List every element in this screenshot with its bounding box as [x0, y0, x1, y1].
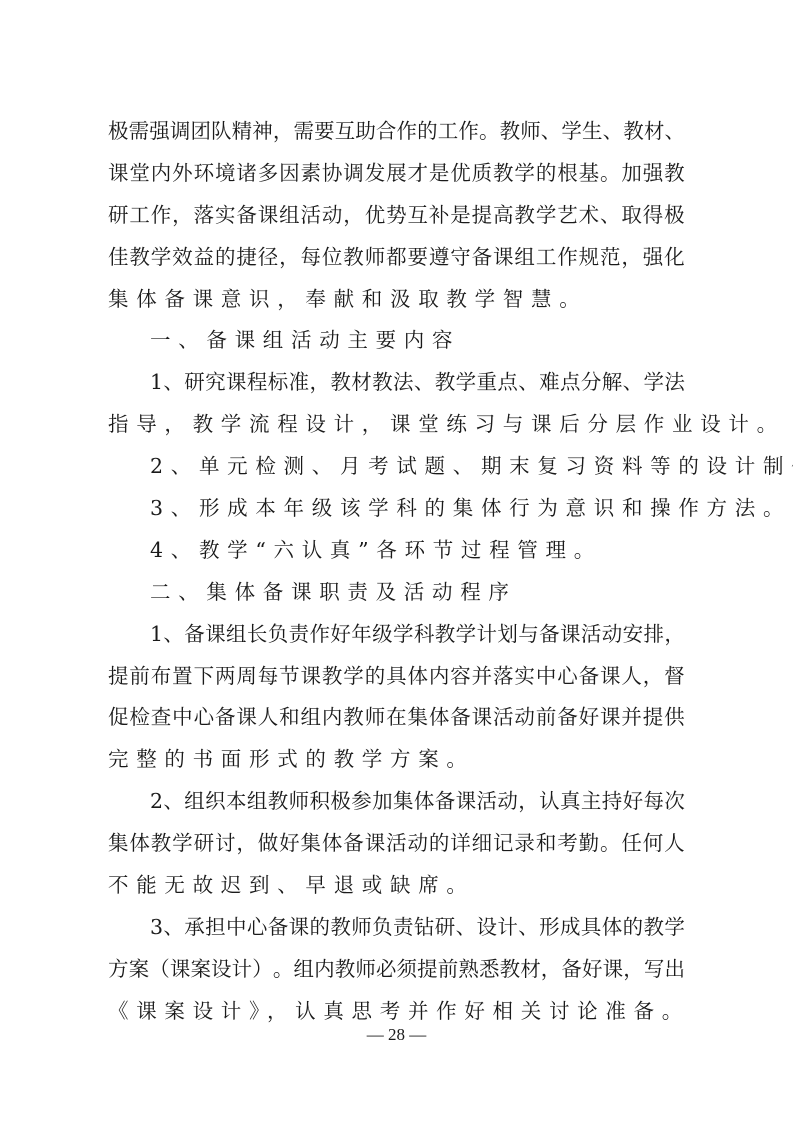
glyph: 长	[247, 614, 268, 656]
glyph: 研	[194, 823, 215, 865]
glyph: 究	[205, 362, 226, 404]
glyph: 、	[163, 781, 184, 823]
glyph: 教	[664, 153, 685, 195]
glyph: 在	[386, 697, 407, 739]
glyph: 活	[581, 614, 602, 656]
glyph: 动	[514, 697, 535, 739]
glyph: 作	[151, 195, 172, 237]
glyph: 质	[472, 153, 493, 195]
glyph: 、	[163, 614, 184, 656]
glyph: 效	[172, 237, 193, 279]
glyph: 组	[279, 195, 300, 237]
glyph: 教	[129, 237, 150, 279]
glyph: 动	[322, 195, 343, 237]
glyph: 勤	[579, 823, 600, 865]
glyph: 细	[472, 823, 493, 865]
glyph: 备	[184, 614, 205, 656]
glyph: 作	[397, 111, 418, 153]
glyph: 工	[536, 237, 557, 279]
glyph: 课	[301, 656, 322, 698]
glyph: 是	[450, 195, 471, 237]
glyph: 、	[163, 362, 184, 404]
glyph: 并	[621, 697, 642, 739]
glyph: 容	[450, 656, 471, 698]
glyph: 提	[643, 697, 664, 739]
glyph: 方	[108, 949, 129, 991]
glyph: 是	[429, 153, 450, 195]
glyph: 组	[293, 949, 314, 991]
glyph: 材	[644, 111, 665, 153]
glyph: 程	[247, 362, 268, 404]
glyph: 前	[129, 656, 150, 698]
glyph: 形	[539, 907, 560, 949]
glyph: 本	[226, 781, 247, 823]
glyph: 。	[273, 949, 294, 991]
page-number: — 28 —	[0, 1023, 793, 1047]
glyph: 教	[514, 195, 535, 237]
glyph: 团	[190, 111, 211, 153]
glyph: 中	[536, 656, 557, 698]
glyph: 极	[330, 781, 351, 823]
glyph: 责	[289, 614, 310, 656]
glyph: 教	[435, 362, 456, 404]
glyph: 研	[108, 195, 129, 237]
glyph: 参	[351, 781, 372, 823]
glyph: 根	[557, 153, 578, 195]
glyph: 多	[258, 153, 279, 195]
glyph: 、	[163, 907, 184, 949]
glyph: 人	[258, 697, 279, 739]
glyph: 心	[557, 656, 578, 698]
glyph: 备	[236, 195, 257, 237]
glyph: 互	[335, 111, 356, 153]
glyph: 互	[407, 195, 428, 237]
glyph: 法	[393, 362, 414, 404]
glyph: 教	[335, 949, 356, 991]
glyph: ，	[279, 237, 300, 279]
glyph: 需	[293, 111, 314, 153]
glyph: 学	[456, 362, 477, 404]
glyph: 艺	[557, 195, 578, 237]
glyph: 心	[247, 907, 268, 949]
glyph: 课	[603, 949, 624, 991]
glyph: 学	[151, 237, 172, 279]
glyph: 落	[493, 656, 514, 698]
glyph: 教	[623, 111, 644, 153]
glyph: 师	[365, 237, 386, 279]
glyph: 何	[643, 823, 664, 865]
glyph: 好	[279, 823, 300, 865]
list-item-line: 完整的书面形式的教学方案。	[108, 739, 685, 781]
glyph: 人	[664, 823, 685, 865]
glyph: 提	[472, 195, 493, 237]
glyph: 集	[108, 823, 129, 865]
list-item-line: 1、备课组长负责作好年级学科教学计划与备课活动安排，	[108, 614, 685, 656]
glyph: 教	[435, 614, 456, 656]
glyph: 堂	[129, 153, 150, 195]
list-item-line: 提前布置下两周每节课教学的具体内容并落实中心备课人，督	[108, 656, 685, 698]
glyph: 落	[194, 195, 215, 237]
list-item-line: 2、单元检测、月考试题、期末复习资料等的设计制作。	[108, 446, 685, 488]
glyph: 1	[150, 362, 163, 404]
glyph: 认	[539, 781, 560, 823]
glyph: ，	[236, 823, 257, 865]
glyph: 合	[376, 111, 397, 153]
glyph: 两	[215, 656, 236, 698]
glyph: 学	[561, 111, 582, 153]
glyph: 记	[493, 823, 514, 865]
list-item-line: 不能无故迟到、早退或缺席。	[108, 865, 685, 907]
glyph: 内	[314, 949, 335, 991]
glyph: 出	[664, 949, 685, 991]
glyph: 课	[108, 153, 129, 195]
section-heading-2: 二、集体备课职责及活动程序	[108, 572, 685, 614]
glyph: 节	[279, 656, 300, 698]
glyph: 每	[301, 237, 322, 279]
glyph: 集	[393, 781, 414, 823]
section-heading-1: 一、备课组活动主要内容	[108, 320, 685, 362]
glyph: 遵	[429, 237, 450, 279]
glyph: 学	[343, 656, 364, 698]
paragraph-line: 佳教学效益的捷径，每位教师都要遵守备课组工作规范，强化	[108, 237, 685, 279]
glyph: 诸	[236, 153, 257, 195]
glyph: 点	[560, 362, 581, 404]
glyph: 组	[226, 614, 247, 656]
glyph: 排	[644, 614, 665, 656]
glyph: 课	[170, 949, 191, 991]
glyph: 极	[664, 195, 685, 237]
glyph: 供	[664, 697, 685, 739]
glyph: 须	[397, 949, 418, 991]
glyph: 担	[205, 907, 226, 949]
glyph: 课	[205, 614, 226, 656]
glyph: 具	[581, 907, 602, 949]
list-item-line: 方案（课案设计）。组内教师必须提前熟悉教材，备好课，写出	[108, 949, 685, 991]
glyph: 教	[343, 697, 364, 739]
glyph: 1	[150, 614, 163, 656]
glyph: 组	[184, 781, 205, 823]
glyph: 内	[429, 656, 450, 698]
glyph: 好	[582, 949, 603, 991]
glyph: 作	[310, 614, 331, 656]
glyph: 、	[456, 907, 477, 949]
glyph: 法	[664, 362, 685, 404]
glyph: ，	[621, 237, 642, 279]
glyph: ，	[273, 111, 294, 153]
glyph: 和	[536, 823, 557, 865]
glyph: 考	[557, 823, 578, 865]
glyph: 学	[393, 614, 414, 656]
glyph: 优	[450, 153, 471, 195]
glyph: 高	[493, 195, 514, 237]
glyph: 外	[172, 153, 193, 195]
glyph: 人	[621, 656, 642, 698]
glyph: 课	[236, 697, 257, 739]
glyph: 中	[226, 907, 247, 949]
glyph: 备	[268, 907, 289, 949]
glyph: 课	[258, 195, 279, 237]
glyph: 体	[407, 656, 428, 698]
glyph: 积	[310, 781, 331, 823]
glyph: 备	[215, 697, 236, 739]
list-item-line: 指导，教学流程设计，课堂练习与课后分层作业设计。	[108, 404, 685, 446]
glyph: 教	[644, 907, 665, 949]
glyph: 备	[435, 781, 456, 823]
glyph: 学	[536, 195, 557, 237]
paragraph-line: 极需强调团队精神，需要互助合作的工作。教师、学生、教材、	[108, 111, 685, 153]
glyph: 需	[129, 111, 150, 153]
glyph: ，	[343, 195, 364, 237]
list-item-line: 促检查中心备课人和组内教师在集体备课活动前备好课并提供	[108, 697, 685, 739]
glyph: 协	[322, 153, 343, 195]
glyph: 环	[194, 153, 215, 195]
glyph: 基	[579, 153, 600, 195]
glyph: 体	[414, 781, 435, 823]
glyph: 境	[215, 153, 236, 195]
glyph: 录	[514, 823, 535, 865]
glyph: 的	[310, 907, 331, 949]
glyph: 和	[279, 697, 300, 739]
glyph: 内	[322, 697, 343, 739]
glyph: 的	[215, 237, 236, 279]
glyph: 的	[429, 823, 450, 865]
glyph: 课	[226, 362, 247, 404]
glyph: 材	[520, 949, 541, 991]
glyph: 加	[372, 781, 393, 823]
glyph: 取	[621, 195, 642, 237]
glyph: 都	[386, 237, 407, 279]
glyph: 活	[301, 195, 322, 237]
glyph: 、	[623, 362, 644, 404]
body-text: 极需强调团队精神，需要互助合作的工作。教师、学生、教材、 课堂内外环境诸多因素协…	[108, 111, 685, 1033]
glyph: 与	[518, 614, 539, 656]
list-item-line: 2、组织本组教师积极参加集体备课活动，认真主持好每次	[108, 781, 685, 823]
glyph: 教	[500, 111, 521, 153]
glyph: 教	[372, 362, 393, 404]
glyph: 成	[560, 907, 581, 949]
glyph: 备	[561, 949, 582, 991]
glyph: 因	[279, 153, 300, 195]
glyph: 案	[129, 949, 150, 991]
glyph: 提	[417, 949, 438, 991]
glyph: ，	[172, 195, 193, 237]
glyph: 队	[211, 111, 232, 153]
glyph: 径	[258, 237, 279, 279]
paragraph-line: 集体备课意识，奉献和汲取教学智慧。	[108, 279, 685, 321]
glyph: 前	[438, 949, 459, 991]
glyph: 学	[514, 153, 535, 195]
glyph: 体	[129, 823, 150, 865]
glyph: （	[149, 949, 170, 991]
glyph: 极	[108, 111, 129, 153]
glyph: 才	[407, 153, 428, 195]
glyph: 年	[351, 614, 372, 656]
glyph: 重	[477, 362, 498, 404]
glyph: 师	[351, 907, 372, 949]
glyph: 活	[493, 697, 514, 739]
glyph: 要	[407, 237, 428, 279]
glyph: 的	[536, 153, 557, 195]
glyph: 查	[151, 697, 172, 739]
glyph: 研	[184, 362, 205, 404]
glyph: 化	[664, 237, 685, 279]
glyph: 写	[644, 949, 665, 991]
glyph: 材	[351, 362, 372, 404]
glyph: 活	[386, 823, 407, 865]
glyph: 助	[355, 111, 376, 153]
glyph: 的	[623, 907, 644, 949]
glyph: 悉	[479, 949, 500, 991]
glyph: 教	[343, 237, 364, 279]
glyph: 好	[623, 781, 644, 823]
glyph: 得	[643, 195, 664, 237]
glyph: 、	[664, 111, 685, 153]
glyph: 责	[393, 907, 414, 949]
glyph: 调	[343, 153, 364, 195]
glyph: 师	[355, 949, 376, 991]
glyph: 级	[372, 614, 393, 656]
glyph: 、	[600, 195, 621, 237]
glyph: 内	[151, 153, 172, 195]
glyph: 准	[289, 362, 310, 404]
glyph: 教	[151, 823, 172, 865]
glyph: 补	[429, 195, 450, 237]
glyph: 每	[644, 781, 665, 823]
glyph: 体	[602, 907, 623, 949]
list-item-line: 3、承担中心备课的教师负责钻研、设计、形成具体的教学	[108, 907, 685, 949]
glyph: 标	[268, 362, 289, 404]
glyph: 研	[435, 907, 456, 949]
glyph: 组	[514, 237, 535, 279]
glyph: 难	[539, 362, 560, 404]
glyph: 学	[644, 362, 665, 404]
glyph: 益	[194, 237, 215, 279]
glyph: 检	[129, 697, 150, 739]
document-page: 极需强调团队精神，需要互助合作的工作。教师、学生、教材、 课堂内外环境诸多因素协…	[0, 0, 793, 1122]
glyph: 要	[314, 111, 335, 153]
glyph: 学	[664, 907, 685, 949]
glyph: 周	[236, 656, 257, 698]
glyph: 教	[493, 153, 514, 195]
glyph: 集	[407, 697, 428, 739]
glyph: 主	[581, 781, 602, 823]
glyph: 、	[541, 111, 562, 153]
glyph: 课	[456, 781, 477, 823]
glyph: 素	[301, 153, 322, 195]
glyph: 备	[450, 697, 471, 739]
glyph: 学	[172, 823, 193, 865]
glyph: 动	[407, 823, 428, 865]
glyph: 强	[643, 153, 664, 195]
glyph: 划	[497, 614, 518, 656]
glyph: 规	[579, 237, 600, 279]
glyph: 真	[560, 781, 581, 823]
glyph: 课	[600, 697, 621, 739]
glyph: 、	[518, 362, 539, 404]
glyph: 设	[477, 907, 498, 949]
glyph: 钻	[414, 907, 435, 949]
list-item-line: 1、研究课程标准，教材教法、教学重点、难点分解、学法	[108, 362, 685, 404]
glyph: 安	[623, 614, 644, 656]
glyph: 展	[386, 153, 407, 195]
glyph: 、	[414, 362, 435, 404]
glyph: 加	[621, 153, 642, 195]
glyph: 作	[557, 237, 578, 279]
glyph: 生	[582, 111, 603, 153]
glyph: 工	[129, 195, 150, 237]
glyph: 任	[621, 823, 642, 865]
glyph: 负	[372, 907, 393, 949]
paragraph-line: 研工作，落实备课组活动，优势互补是提高教学艺术、取得极	[108, 195, 685, 237]
glyph: 精	[232, 111, 253, 153]
glyph: 备	[579, 656, 600, 698]
glyph: 、	[518, 907, 539, 949]
list-item-line: 3、形成本年级该学科的集体行为意识和操作方法。	[108, 488, 685, 530]
glyph: 心	[194, 697, 215, 739]
glyph: 具	[386, 656, 407, 698]
glyph: 负	[268, 614, 289, 656]
glyph: 案	[190, 949, 211, 991]
glyph: 活	[477, 781, 498, 823]
glyph: 设	[211, 949, 232, 991]
glyph: 调	[170, 111, 191, 153]
glyph: 。	[479, 111, 500, 153]
glyph: 捷	[236, 237, 257, 279]
glyph: 强	[149, 111, 170, 153]
glyph: 师	[520, 111, 541, 153]
glyph: 守	[450, 237, 471, 279]
glyph: ，	[541, 949, 562, 991]
glyph: 做	[258, 823, 279, 865]
glyph: 实	[514, 656, 535, 698]
glyph: 中	[172, 697, 193, 739]
glyph: 优	[365, 195, 386, 237]
glyph: 教	[268, 781, 289, 823]
glyph: 备	[343, 823, 364, 865]
glyph: 分	[581, 362, 602, 404]
glyph: 每	[258, 656, 279, 698]
glyph: 教	[330, 907, 351, 949]
glyph: 承	[184, 907, 205, 949]
glyph: 2	[150, 781, 163, 823]
glyph: 教	[500, 949, 521, 991]
glyph: 详	[450, 823, 471, 865]
glyph: 动	[497, 781, 518, 823]
glyph: 集	[301, 823, 322, 865]
glyph: 促	[108, 697, 129, 739]
glyph: 师	[289, 781, 310, 823]
glyph: 。	[600, 823, 621, 865]
glyph: 课	[289, 907, 310, 949]
glyph: ，	[664, 614, 685, 656]
glyph: 体	[322, 823, 343, 865]
glyph: 计	[497, 907, 518, 949]
glyph: 动	[602, 614, 623, 656]
glyph: 学	[456, 614, 477, 656]
glyph: 并	[472, 656, 493, 698]
glyph: ，	[310, 362, 331, 404]
glyph: 位	[322, 237, 343, 279]
glyph: 势	[386, 195, 407, 237]
glyph: 备	[557, 697, 578, 739]
glyph: 的	[417, 111, 438, 153]
glyph: 发	[365, 153, 386, 195]
paragraph-line: 课堂内外环境诸多因素协调发展才是优质教学的根基。加强教	[108, 153, 685, 195]
glyph: 体	[429, 697, 450, 739]
glyph: 课	[472, 697, 493, 739]
list-item-line: 集体教学研讨，做好集体备课活动的详细记录和考勤。任何人	[108, 823, 685, 865]
glyph: 课	[600, 656, 621, 698]
